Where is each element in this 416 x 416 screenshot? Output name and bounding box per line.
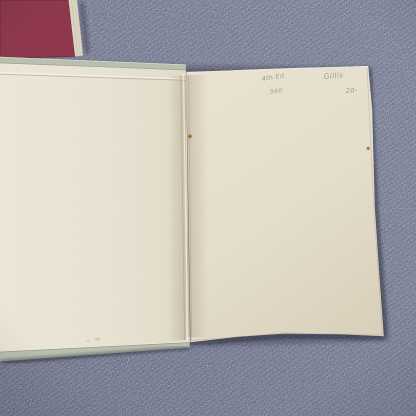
scene-svg: 4th Ed .960 Gillis 20- — [0, 0, 416, 416]
vignette-overlay — [0, 0, 416, 416]
photo-open-book: 4th Ed .960 Gillis 20- — [0, 0, 416, 416]
